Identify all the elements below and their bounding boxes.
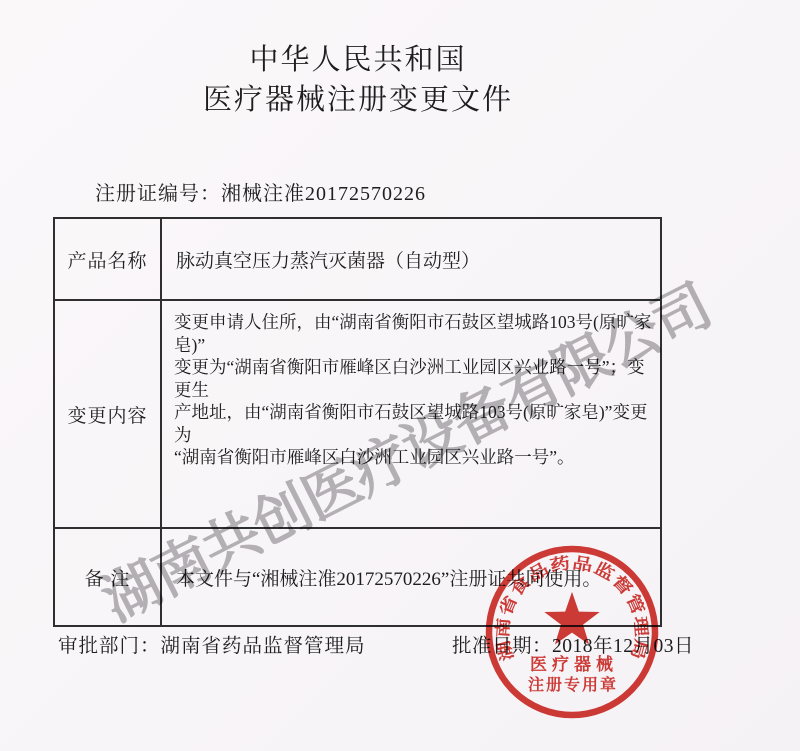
seal-text-line2: 注册专用章 <box>528 675 618 694</box>
product-name-text: 脉动真空压力蒸汽灭菌器（自动型） <box>176 246 654 273</box>
change-content-line: 变更为“湖南省衡阳市雁峰区白沙洲工业园区兴业路一号”；变更生 <box>174 356 654 401</box>
remark-label: 备 注 <box>55 529 162 625</box>
product-name-label: 产品名称 <box>55 219 162 299</box>
change-content-line: “湖南省衡阳市雁峰区白沙洲工业园区兴业路一号”。 <box>174 446 654 469</box>
change-content-label: 变更内容 <box>55 301 162 527</box>
approval-department: 审批部门：湖南省药品监督管理局 <box>58 630 366 658</box>
change-content-value: 变更申请人住所，由“湖南省衡阳市石鼓区望城路103号(原旷家皂)” 变更为“湖南… <box>162 301 660 527</box>
product-name-value: 脉动真空压力蒸汽灭菌器（自动型） <box>162 219 660 299</box>
remark-text: 本文件与“湘械注准20172570226”注册证共同使用。 <box>176 564 654 591</box>
table-row-change-content: 变更内容 变更申请人住所，由“湖南省衡阳市石鼓区望城路103号(原旷家皂)” 变… <box>55 301 660 529</box>
change-content-line: 变更申请人住所，由“湖南省衡阳市石鼓区望城路103号(原旷家皂)” <box>174 311 654 356</box>
change-content-line: 产地址，由“湖南省衡阳市石鼓区望城路103号(原旷家皂)”变更为 <box>174 401 654 446</box>
title-line-country: 中华人民共和国 <box>0 40 716 80</box>
approval-date: 批准日期：2018年12月03日 <box>452 630 694 658</box>
registration-number-line: 注册证编号：湘械注准20172570226 <box>95 177 426 206</box>
document-page: 中华人民共和国 医疗器械注册变更文件 注册证编号：湘械注准20172570226… <box>0 0 800 751</box>
remark-value: 本文件与“湘械注准20172570226”注册证共同使用。 <box>162 529 660 625</box>
table-row-remark: 备 注 本文件与“湘械注准20172570226”注册证共同使用。 <box>55 529 660 625</box>
title-line-doctype: 医疗器械注册变更文件 <box>0 80 716 120</box>
table-row-product-name: 产品名称 脉动真空压力蒸汽灭菌器（自动型） <box>55 219 660 301</box>
page-title: 中华人民共和国 医疗器械注册变更文件 <box>0 40 716 120</box>
document-table: 产品名称 脉动真空压力蒸汽灭菌器（自动型） 变更内容 变更申请人住所，由“湖南省… <box>53 217 662 627</box>
